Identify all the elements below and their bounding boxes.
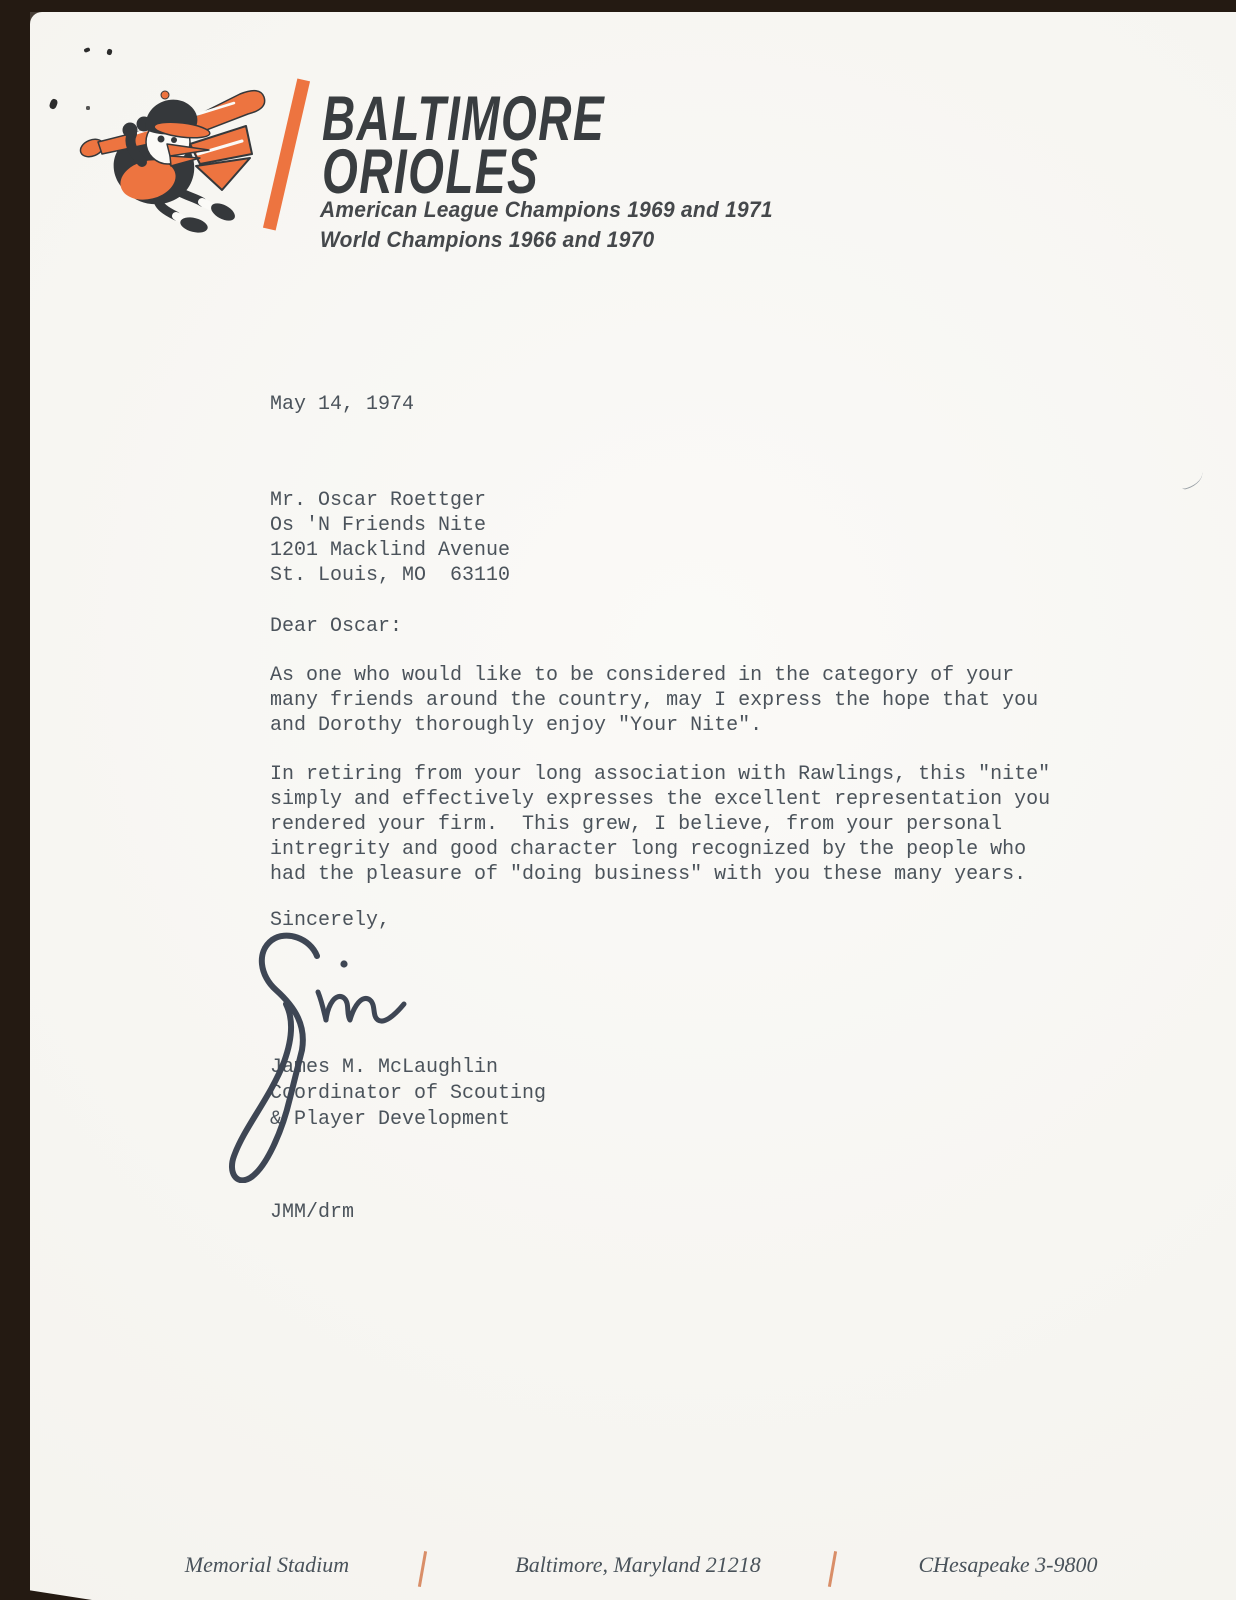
footer-phone: CHesapeake 3-9800: [878, 1550, 1138, 1580]
team-name-line2: ORIOLES: [322, 141, 539, 204]
letter-date: May 14, 1974: [270, 392, 414, 417]
typist-initials: JMM/drm: [270, 1200, 354, 1225]
footer-location: Memorial Stadium: [147, 1550, 387, 1580]
body-paragraph-2: In retiring from your long association w…: [270, 762, 1050, 887]
tagline-american-league: American League Champions 1969 and 1971: [320, 199, 773, 222]
salutation: Dear Oscar:: [270, 614, 402, 639]
footer-city-zip: Baltimore, Maryland 21218: [488, 1550, 788, 1580]
handwritten-signature: [222, 928, 422, 1183]
tagline-world-champions: World Champions 1966 and 1970: [320, 229, 654, 252]
scanned-letter-page: { "header": { "team_name_line1": "BALTIM…: [0, 0, 1236, 1600]
orioles-bird-logo-icon: [72, 84, 272, 234]
recipient-address: Mr. Oscar Roettger Os 'N Friends Nite 12…: [270, 488, 510, 588]
body-paragraph-1: As one who would like to be considered i…: [270, 663, 1038, 738]
